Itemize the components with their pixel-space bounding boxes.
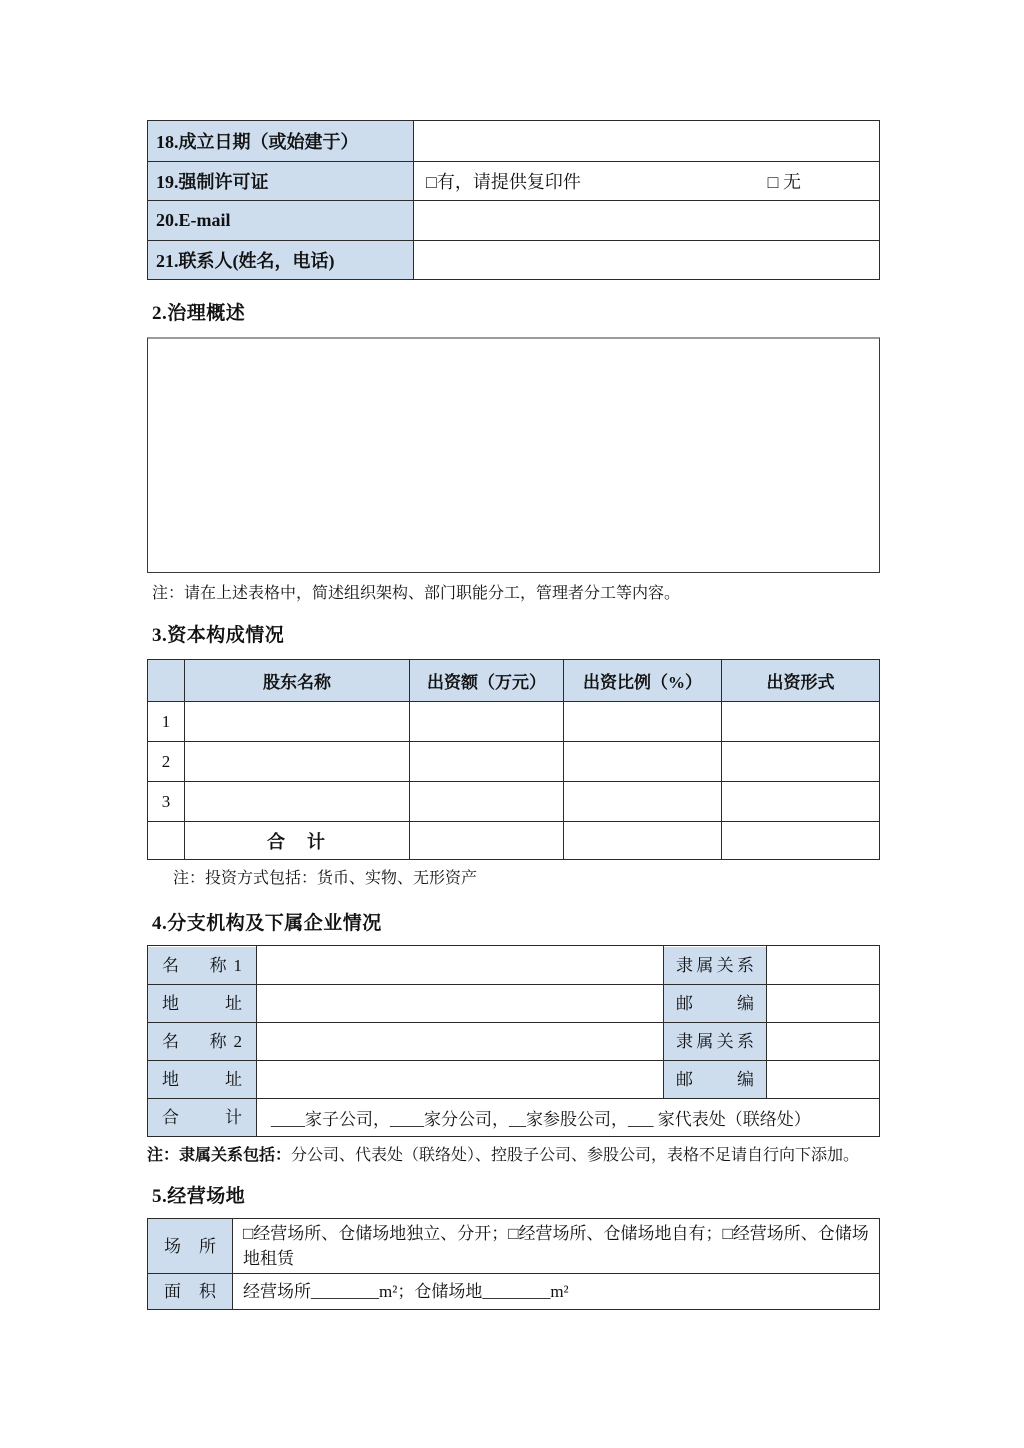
field-label-license: 19.强制许可证: [148, 162, 413, 201]
total-amount-cell[interactable]: [409, 822, 563, 859]
affiliation-field[interactable]: [766, 946, 879, 984]
row-number-cell: 1: [148, 702, 184, 741]
capital-total-row: 合 计: [148, 821, 879, 859]
branch-address-label: 地 址: [148, 985, 256, 1022]
branches-table: 名 称1 隶属关系 地 址 邮 编 名 称2 隶属关系 地 址 邮 编: [147, 945, 880, 1137]
premises-table: 场 所 □经营场所、仓储场地独立、分开；□经营场所、仓储场地自有；□经营场所、仓…: [147, 1218, 880, 1310]
branch-name2-field[interactable]: [256, 1023, 663, 1060]
email-field[interactable]: [413, 201, 879, 240]
affiliation-label: 隶属关系: [664, 1023, 766, 1060]
premises-area-fields[interactable]: 经营场所________m²；仓储场地________m²: [232, 1274, 879, 1309]
branch-address-field[interactable]: [256, 985, 663, 1022]
section-heading-branches: 4.分支机构及下属企业情况: [152, 908, 880, 935]
postcode-label: 邮 编: [664, 985, 766, 1022]
capital-table: 股东名称 出资额（万元） 出资比例（%） 出资形式 1 2 3: [147, 659, 880, 860]
amount-cell[interactable]: [409, 742, 563, 781]
branch-row: 名 称1 隶属关系: [148, 946, 879, 984]
total-ratio-cell[interactable]: [563, 822, 721, 859]
branches-note-rest: 分公司、代表处（联络处）、控股子公司、参股公司，表格不足请自行向下添加。: [291, 1147, 859, 1164]
capital-header-row: 股东名称 出资额（万元） 出资比例（%） 出资形式: [148, 660, 879, 701]
shareholder-name-cell[interactable]: [184, 742, 409, 781]
table-row: 21.联系人(姓名，电话): [148, 240, 879, 280]
amount-cell[interactable]: [409, 702, 563, 741]
postcode-field[interactable]: [766, 1061, 879, 1098]
premises-type-label: 场 所: [148, 1219, 232, 1273]
branch-address-field[interactable]: [256, 1061, 663, 1098]
header-cell-ratio: 出资比例（%）: [563, 660, 721, 701]
ratio-cell[interactable]: [563, 702, 721, 741]
postcode-label: 邮 编: [664, 1061, 766, 1098]
shareholder-name-cell[interactable]: [184, 782, 409, 821]
basic-info-table: 18.成立日期（或始建于） 19.强制许可证 □有，请提供复印件 □ 无 20.…: [147, 120, 880, 280]
capital-note: 注：投资方式包括：货币、实物、无形资产: [173, 867, 880, 891]
total-form-cell[interactable]: [721, 822, 879, 859]
form-cell[interactable]: [721, 742, 879, 781]
branch-row: 地 址 邮 编: [148, 1060, 879, 1098]
branch-row: 名 称2 隶属关系: [148, 1022, 879, 1060]
row-number-cell: 3: [148, 782, 184, 821]
branch-name2-label: 名 称2: [148, 1023, 256, 1060]
branch-name1-label: 名 称1: [148, 947, 256, 984]
premises-area-row: 面 积 经营场所________m²；仓储场地________m²: [148, 1273, 879, 1309]
checkbox-license-yes[interactable]: □有，请提供复印件: [426, 168, 581, 194]
section-heading-capital: 3.资本构成情况: [152, 620, 880, 647]
form-content: 18.成立日期（或始建于） 19.强制许可证 □有，请提供复印件 □ 无 20.…: [147, 0, 880, 1310]
document-page: 18.成立日期（或始建于） 19.强制许可证 □有，请提供复印件 □ 无 20.…: [0, 0, 1024, 1448]
branch-total-row: 合 计 ____家子公司，____家分公司，__家参股公司，___ 家代表处（联…: [148, 1098, 879, 1136]
ratio-cell[interactable]: [563, 742, 721, 781]
affiliation-field[interactable]: [766, 1023, 879, 1060]
branch-row: 地 址 邮 编: [148, 984, 879, 1022]
capital-row-2: 2: [148, 741, 879, 781]
branch-total-label: 合 计: [148, 1099, 256, 1136]
capital-row-3: 3: [148, 781, 879, 821]
section-heading-governance: 2.治理概述: [152, 298, 880, 325]
governance-note: 注：请在上述表格中，简述组织架构、部门职能分工，管理者分工等内容。: [152, 582, 880, 606]
ratio-cell[interactable]: [563, 782, 721, 821]
field-label-founding-date: 18.成立日期（或始建于）: [148, 121, 413, 161]
field-label-contact: 21.联系人(姓名，电话): [148, 241, 413, 280]
premises-area-label: 面 积: [148, 1274, 232, 1309]
postcode-field[interactable]: [766, 985, 879, 1022]
founding-date-field[interactable]: [413, 121, 879, 161]
shareholder-name-cell[interactable]: [184, 702, 409, 741]
header-cell-shareholder: 股东名称: [184, 660, 409, 701]
amount-cell[interactable]: [409, 782, 563, 821]
branches-note: 注：隶属关系包括：分公司、代表处（联络处）、控股子公司、参股公司，表格不足请自行…: [147, 1144, 880, 1168]
capital-row-1: 1: [148, 701, 879, 741]
table-row: 19.强制许可证 □有，请提供复印件 □ 无: [148, 161, 879, 201]
branch-address-label: 地 址: [148, 1061, 256, 1098]
premises-type-row: 场 所 □经营场所、仓储场地独立、分开；□经营场所、仓储场地自有；□经营场所、仓…: [148, 1219, 879, 1273]
governance-text-area[interactable]: [147, 337, 880, 573]
table-row: 18.成立日期（或始建于）: [148, 121, 879, 161]
header-cell-blank: [148, 660, 184, 701]
field-label-email: 20.E-mail: [148, 201, 413, 240]
table-row: 20.E-mail: [148, 200, 879, 240]
header-cell-form: 出资形式: [721, 660, 879, 701]
form-cell[interactable]: [721, 702, 879, 741]
row-number-cell: 2: [148, 742, 184, 781]
license-field: □有，请提供复印件 □ 无: [413, 162, 879, 201]
header-cell-amount: 出资额（万元）: [409, 660, 563, 701]
checkbox-license-no[interactable]: □ 无: [768, 168, 801, 194]
total-label-cell: 合 计: [184, 822, 409, 859]
branch-name1-field[interactable]: [256, 946, 663, 984]
form-cell[interactable]: [721, 782, 879, 821]
section-heading-premises: 5.经营场地: [152, 1181, 880, 1208]
contact-field[interactable]: [413, 241, 879, 280]
branches-note-bold: 注：隶属关系包括：: [147, 1147, 291, 1164]
branch-total-counts[interactable]: ____家子公司，____家分公司，__家参股公司，___ 家代表处（联络处）: [256, 1099, 879, 1136]
premises-type-options[interactable]: □经营场所、仓储场地独立、分开；□经营场所、仓储场地自有；□经营场所、仓储场地租…: [232, 1219, 879, 1273]
blank-cell: [148, 822, 184, 859]
affiliation-label: 隶属关系: [664, 947, 766, 984]
